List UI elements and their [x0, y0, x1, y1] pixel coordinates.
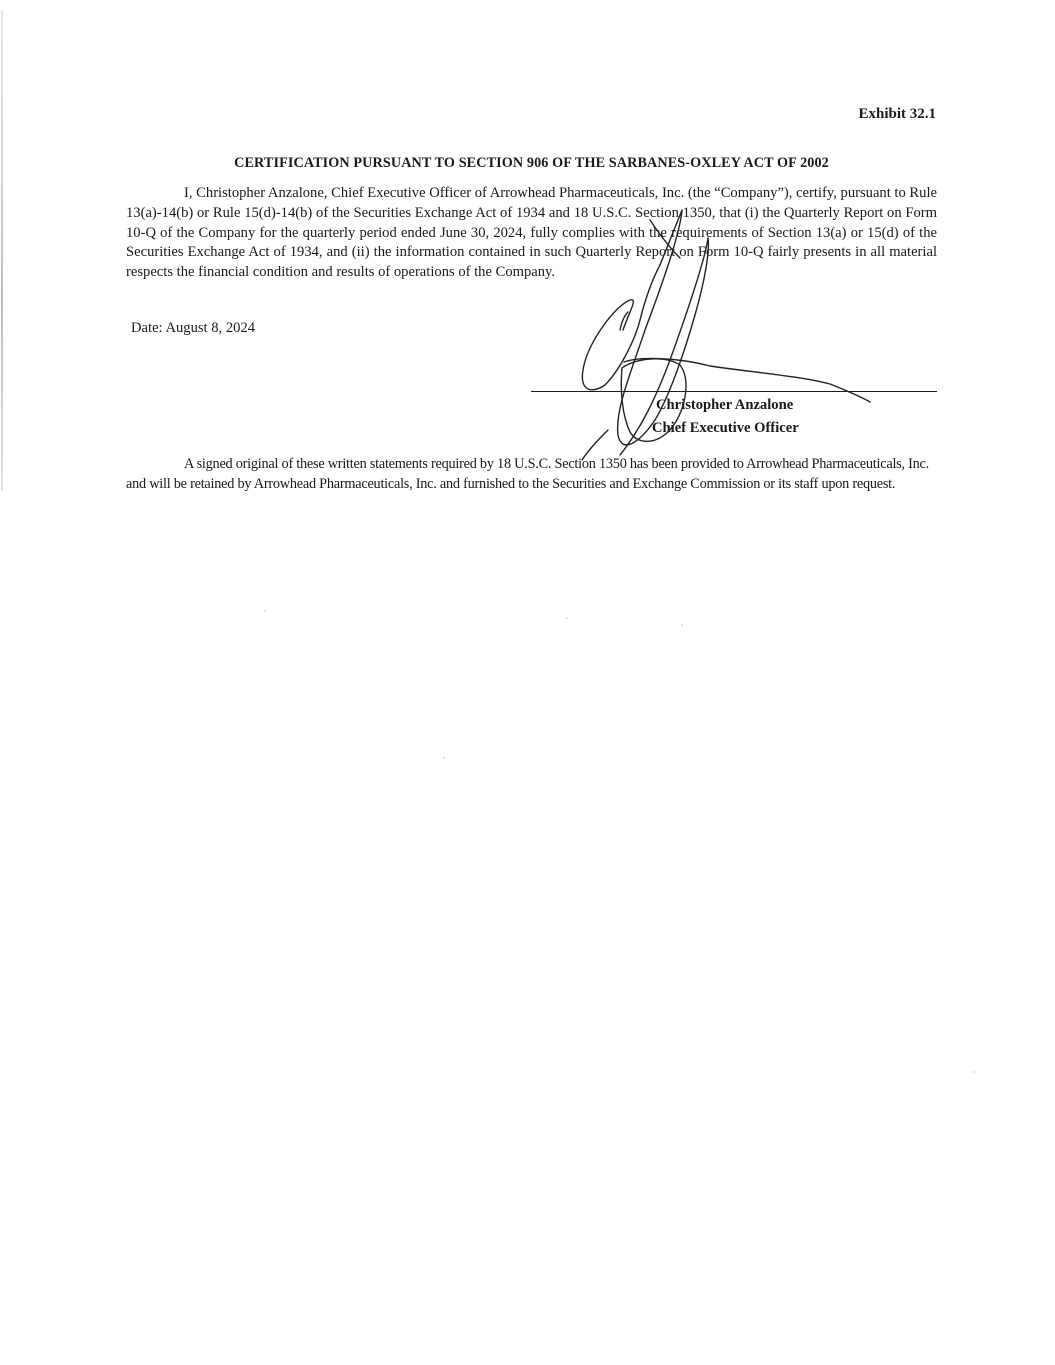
closing-paragraph: A signed original of these written state… [126, 455, 946, 494]
scan-speck [681, 624, 683, 626]
exhibit-label: Exhibit 32.1 [858, 106, 936, 123]
scan-edge-shadow [1, 10, 3, 490]
scan-speck [566, 617, 568, 619]
scan-speck [264, 610, 266, 612]
signatory-title: Chief Executive Officer [652, 420, 799, 437]
scan-speck [443, 757, 445, 759]
scan-speck [973, 1071, 975, 1073]
document-title: CERTIFICATION PURSUANT TO SECTION 906 OF… [126, 155, 937, 172]
certification-paragraph: I, Christopher Anzalone, Chief Executive… [126, 184, 937, 283]
signatory-name: Christopher Anzalone [656, 397, 793, 414]
date-line: Date: August 8, 2024 [131, 320, 255, 337]
signature-line [531, 391, 937, 392]
